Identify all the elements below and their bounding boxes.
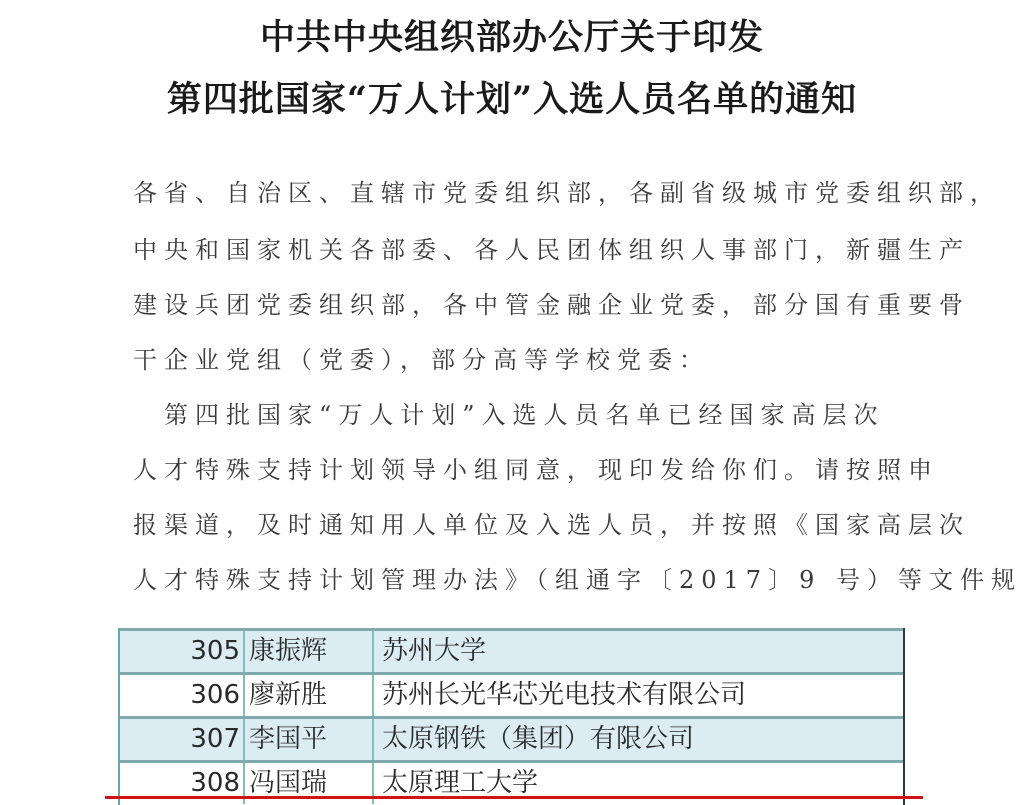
table-row: 306 廖新胜 苏州长光华芯光电技术有限公司 (120, 672, 903, 716)
organization-name: 苏州大学 (374, 631, 903, 672)
person-name: 康振辉 (245, 631, 374, 672)
document-title-line1: 中共中央组织部办公厅关于印发 (0, 10, 1024, 60)
body-text-line: 人才特殊支持计划领导小组同意，现印发给你们。请按照申 (133, 441, 913, 499)
body-text-line: 各省、自治区、直辖市党委组织部，各副省级城市党委组织部， (133, 164, 913, 222)
document-title-line2: 第四批国家“万人计划”入选人员名单的通知 (0, 72, 1024, 122)
body-text-line: 干企业党组（党委），部分高等学校党委： (133, 331, 913, 389)
body-text-line: 建设兵团党委组织部，各中管金融企业党委，部分国有重要骨 (133, 276, 913, 334)
body-text-line: 人才特殊支持计划管理办法》（组通字〔2017〕9 号）等文件规 (133, 551, 913, 609)
body-text-line: 第四批国家“万人计划”入选人员名单已经国家高层次 (133, 386, 913, 444)
red-divider-line (105, 796, 923, 799)
row-number: 307 (120, 719, 245, 760)
row-number: 306 (120, 675, 245, 716)
organization-name: 苏州长光华芯光电技术有限公司 (374, 675, 903, 716)
organization-name: 太原钢铁（集团）有限公司 (374, 719, 903, 760)
body-text-line: 报渠道，及时通知用人单位及入选人员，并按照《国家高层次 (133, 496, 913, 554)
table-row: 307 李国平 太原钢铁（集团）有限公司 (120, 716, 903, 760)
table-row: 305 康振辉 苏州大学 (120, 628, 903, 672)
person-name: 廖新胜 (245, 675, 374, 716)
person-name: 李国平 (245, 719, 374, 760)
row-number: 305 (120, 631, 245, 672)
selectee-list-table: 305 康振辉 苏州大学 306 廖新胜 苏州长光华芯光电技术有限公司 307 … (118, 628, 905, 805)
body-text-line: 中央和国家机关各部委、各人民团体组织人事部门，新疆生产 (133, 221, 913, 279)
